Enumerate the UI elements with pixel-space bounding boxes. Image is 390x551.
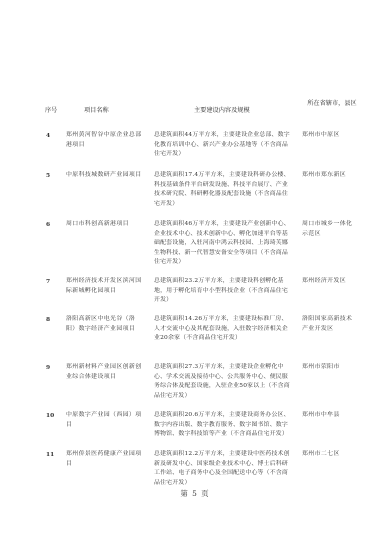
table-row: 7 郑州经济技术开发区滨河国际新城孵化园项目 总建筑面积23.2万平方米，主要建… <box>40 277 360 315</box>
row-content: 总建筑面积27.3万平方米，主要建设企业孵化中心、学术交流及接待中心、公共服务中… <box>154 363 290 401</box>
document-page: 序号 项目名称 主要建设内容及规模 所在省辖市，县区 4 郑州黄河智谷中原企业总… <box>0 0 390 551</box>
row-content: 总建筑面积12.2万平方米，主要建设中医药技术创新及研发中心、国家级企业技术中心… <box>154 450 290 488</box>
page-number: 第 5 页 <box>0 488 390 499</box>
row-content: 总建筑面积46万平方米，主要建设产业创新中心、企业技术中心、技术创新中心、孵化加… <box>154 220 290 268</box>
row-name: 洛阳高新区中电光谷（洛阳）数字经济产业园项目 <box>66 315 142 334</box>
table-row: 9 郑州新材料产业园区创新创业综合体建设项目 总建筑面积27.3万平方米，主要建… <box>40 363 360 411</box>
table-row: 4 郑州黄河智谷中原企业总部港项目 总建筑面积44万平方米，主要建设企业总部、数… <box>40 131 360 171</box>
row-content: 总建筑面积23.2万平方米，主要建设科创孵化基地，用于孵化培育中小型科技企业（不… <box>154 277 290 306</box>
row-name: 郑州经济技术开发区滨河国际新城孵化园项目 <box>66 277 142 296</box>
row-no: 9 <box>46 363 50 373</box>
row-content: 总建筑面积44万平方米，主要建设企业总部、数字化教育培训中心、新兴产业办公基地等… <box>154 131 290 160</box>
row-no: 6 <box>46 220 50 230</box>
row-location: 郑州市荥阳市 <box>302 363 354 373</box>
row-name: 郑州新材料产业园区创新创业综合体建设项目 <box>66 363 142 382</box>
table-row: 11 郑州侨景医药健康产业园项目 总建筑面积12.2万平方米，主要建设中医药技术… <box>40 450 360 490</box>
row-content: 总建筑面积20.6万平方米，主要建设商务办公区、数字内容出版、数字教育服务、数字… <box>154 411 290 440</box>
row-name: 中原科技城数研产业园项目 <box>66 171 142 181</box>
row-no: 4 <box>46 131 50 141</box>
row-location: 郑州经济开发区 <box>302 277 354 287</box>
header-name: 项目名称 <box>84 105 109 114</box>
row-name: 郑州黄河智谷中原企业总部港项目 <box>66 131 142 150</box>
header-no: 序号 <box>45 105 57 114</box>
row-no: 10 <box>46 411 54 421</box>
table-row: 6 周口市科创高新港项目 总建筑面积46万平方米，主要建设产业创新中心、企业技术… <box>40 220 360 277</box>
table-row: 5 中原科技城数研产业园项目 总建筑面积17.4万平方米，主要建设科研办公楼、科… <box>40 171 360 220</box>
row-location: 郑州市中原区 <box>302 131 354 141</box>
row-content: 总建筑面积17.4万平方米，主要建设科研办公楼、科技基础条件平台研发设施、科技平… <box>154 171 290 209</box>
row-no: 8 <box>46 315 50 325</box>
row-location: 郑州市中牟县 <box>302 411 354 421</box>
row-location: 郑州市郑东新区 <box>302 171 354 181</box>
row-content: 总建筑面积14.26万平方米，主要建设标准厂房、人才交流中心及其配套设施，入驻数… <box>154 315 290 344</box>
row-no: 7 <box>46 277 50 287</box>
row-name: 郑州侨景医药健康产业园项目 <box>66 450 142 469</box>
table-header-row: 序号 项目名称 主要建设内容及规模 所在省辖市，县区 <box>40 96 360 126</box>
header-content: 主要建设内容及规模 <box>194 105 250 114</box>
row-name: 中原数字产业园（西园）项目 <box>66 411 142 430</box>
row-no: 11 <box>46 450 54 460</box>
table-row: 8 洛阳高新区中电光谷（洛阳）数字经济产业园项目 总建筑面积14.26万平方米，… <box>40 315 360 363</box>
row-name: 周口市科创高新港项目 <box>66 220 142 230</box>
header-location: 所在省辖市，县区 <box>302 99 362 108</box>
row-location: 洛阳国家高新技术产业开发区 <box>302 315 354 334</box>
row-location: 周口市城乡一体化示范区 <box>302 220 354 239</box>
row-no: 5 <box>46 171 50 181</box>
project-table: 序号 项目名称 主要建设内容及规模 所在省辖市，县区 4 郑州黄河智谷中原企业总… <box>40 96 360 490</box>
table-row: 10 中原数字产业园（西园）项目 总建筑面积20.6万平方米，主要建设商务办公区… <box>40 411 360 450</box>
row-location: 郑州市二七区 <box>302 450 354 460</box>
